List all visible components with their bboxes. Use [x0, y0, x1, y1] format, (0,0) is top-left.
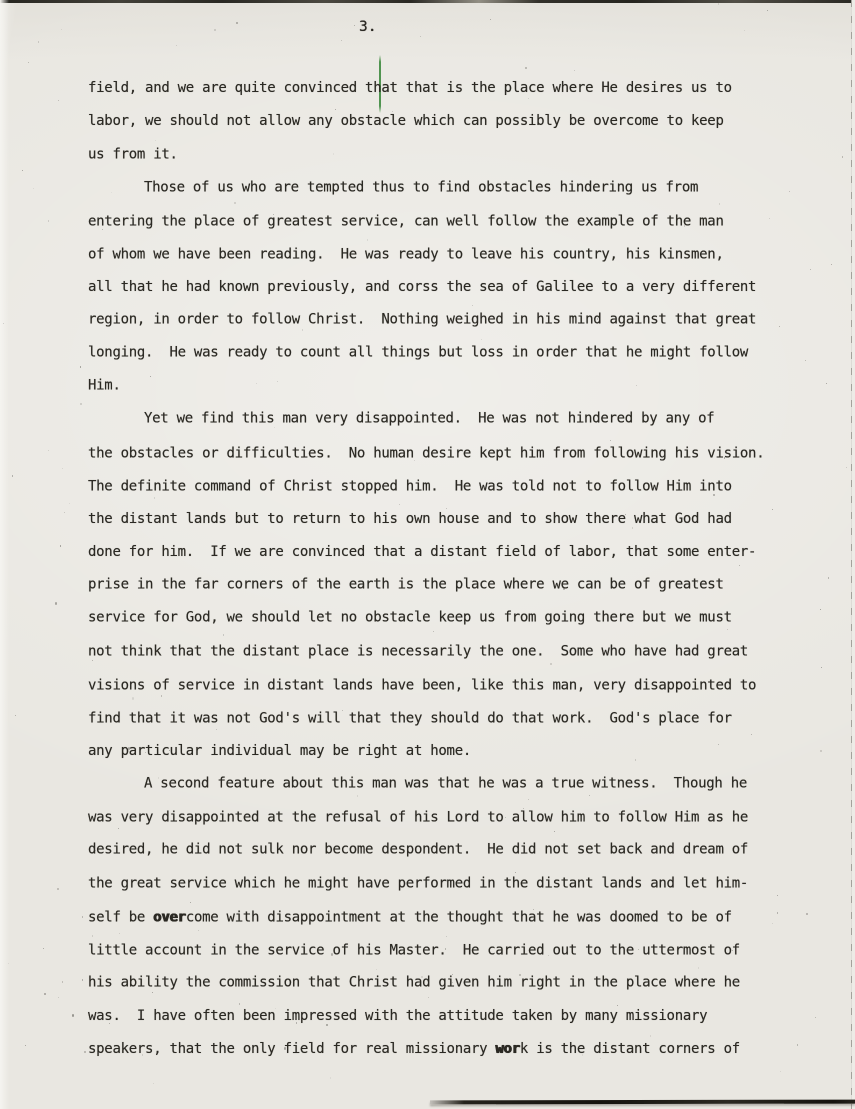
noise-speck	[69, 503, 70, 504]
text-line: was. I have often been impressed with th…	[88, 1000, 812, 1033]
text-line: service for God, we should let no obstac…	[88, 602, 812, 635]
text-line: visions of service in distant lands have…	[88, 669, 812, 702]
noise-speck	[44, 993, 46, 995]
text-segment: was very disappointed at the refusal of …	[88, 810, 748, 826]
text-segment: visions of service in distant lands have…	[88, 677, 756, 693]
text-segment: prise in the far corners of the earth is…	[88, 577, 724, 593]
noise-speck	[420, 36, 421, 37]
noise-speck	[236, 22, 238, 24]
noise-speck	[842, 156, 843, 158]
text-line: A second feature about this man was that…	[88, 768, 812, 801]
text-segment: us from it.	[88, 147, 178, 163]
text-segment: Those of us who are tempted thus to find…	[144, 180, 698, 196]
document-text: field, and we are quite convinced that t…	[88, 72, 812, 1066]
text-segment: the distant lands but to return to his o…	[88, 511, 732, 527]
text-segment: done for him. If we are convinced that a…	[88, 544, 756, 560]
noise-speck	[330, 1077, 331, 1079]
text-segment: entering the place of greatest service, …	[88, 213, 724, 229]
text-segment: service for God, we should let no obstac…	[88, 610, 732, 626]
noise-speck	[82, 979, 83, 981]
text-line: The definite command of Christ stopped h…	[88, 470, 812, 503]
text-segment: longing. He was ready to count all thing…	[88, 344, 748, 360]
text-line: entering the place of greatest service, …	[88, 205, 812, 238]
document-page: { "page": { "number": "3." }, "colors": …	[0, 0, 855, 1109]
noise-speck	[525, 67, 527, 69]
text-segment: the great service which he might have pe…	[88, 876, 748, 892]
noise-speck	[12, 475, 13, 477]
noise-speck	[820, 609, 821, 610]
noise-speck	[72, 1014, 74, 1017]
noise-speck	[80, 366, 81, 368]
noise-speck	[718, 3, 719, 5]
text-line: all that he had known previously, and co…	[88, 271, 812, 304]
text-segment: Him.	[88, 378, 121, 394]
text-line: desired, he did not sulk nor become desp…	[88, 834, 812, 867]
page-number: 3.	[359, 19, 376, 35]
text-segment: The definite command of Christ stopped h…	[88, 478, 732, 494]
text-segment: region, in order to follow Christ. Nothi…	[88, 311, 756, 327]
text-line: any particular individual may be right a…	[88, 735, 812, 768]
text-line: Those of us who are tempted thus to find…	[88, 172, 812, 205]
text-line: field, and we are quite convinced that t…	[88, 72, 812, 105]
noise-speck	[744, 30, 745, 31]
text-segment: A second feature about this man was that…	[144, 776, 747, 792]
text-line: speakers, that the only field for real m…	[88, 1033, 812, 1066]
text-line: prise in the far corners of the earth is…	[88, 569, 812, 602]
text-line: not think that the distant place is nece…	[88, 636, 812, 669]
noise-speck	[48, 220, 49, 222]
text-segment: come with disappointment at the thought …	[186, 909, 732, 925]
text-line: longing. He was ready to count all thing…	[88, 336, 812, 369]
noise-speck	[64, 512, 65, 513]
text-segment: not think that the distant place is nece…	[88, 644, 748, 660]
noise-speck	[43, 948, 44, 949]
noise-speck	[821, 667, 822, 668]
text-segment: self be	[88, 909, 153, 925]
noise-speck	[33, 188, 34, 189]
text-segment: desired, he did not sulk nor become desp…	[88, 842, 748, 858]
text-line: Yet we find this man very disappointed. …	[88, 403, 812, 436]
noise-speck	[826, 383, 827, 384]
text-line: done for him. If we are convinced that a…	[88, 536, 812, 569]
text-line: Him.	[88, 370, 812, 403]
text-segment: Yet we find this man very disappointed. …	[144, 411, 714, 427]
text-segment: little account in the service of his Mas…	[88, 942, 740, 958]
noise-speck	[38, 41, 39, 43]
noise-speck	[25, 1045, 26, 1046]
text-segment: of whom we have been reading. He was rea…	[88, 246, 724, 262]
noise-speck	[57, 888, 59, 890]
noise-speck	[58, 100, 59, 101]
noise-speck	[574, 70, 575, 71]
noise-speck	[153, 1083, 154, 1084]
text-segment: the obstacles or difficulties. No human …	[88, 445, 764, 461]
text-line: self be overcome with disappointment at …	[88, 901, 812, 934]
text-line: us from it.	[88, 139, 812, 172]
text-segment: find that it was not God's will that the…	[88, 710, 732, 726]
noise-speck	[176, 45, 177, 46]
noise-speck	[846, 467, 847, 468]
noise-speck	[82, 916, 83, 918]
noise-speck	[62, 981, 63, 983]
text-line: the distant lands but to return to his o…	[88, 503, 812, 536]
text-line: region, in order to follow Christ. Nothi…	[88, 303, 812, 336]
text-segment: his ability the commission that Christ h…	[88, 974, 740, 990]
noise-speck	[815, 1017, 816, 1018]
noise-speck	[48, 450, 49, 451]
text-line: find that it was not God's will that the…	[88, 702, 812, 735]
text-line: the great service which he might have pe…	[88, 868, 812, 901]
scan-edge-bottom	[430, 1100, 855, 1105]
text-segment: k is the distant corners of	[520, 1041, 740, 1057]
noise-speck	[61, 29, 62, 30]
scan-edge-left	[0, 0, 9, 1109]
noise-speck	[828, 577, 829, 579]
noise-speck	[214, 29, 216, 31]
text-segment: speakers, that the only field for real m…	[88, 1041, 495, 1057]
noise-speck	[831, 264, 832, 265]
text-segment: labor, we should not allow any obstacle …	[88, 113, 724, 129]
overstruck-text: wor	[495, 1041, 519, 1057]
noise-speck	[80, 403, 82, 405]
noise-speck	[767, 10, 768, 11]
text-line: little account in the service of his Mas…	[88, 934, 812, 967]
noise-speck	[58, 997, 59, 998]
noise-speck	[22, 170, 23, 171]
noise-speck	[820, 750, 822, 752]
noise-speck	[62, 468, 63, 469]
scan-edge-right-line	[851, 0, 852, 1109]
text-line: of whom we have been reading. He was rea…	[88, 238, 812, 271]
text-line: labor, we should not allow any obstacle …	[88, 105, 812, 138]
noise-speck	[28, 62, 29, 63]
text-line: his ability the commission that Christ h…	[88, 966, 812, 999]
noise-speck	[354, 25, 355, 26]
text-segment: field, and we are quite convinced that t…	[88, 80, 732, 96]
text-line: was very disappointed at the refusal of …	[88, 802, 812, 835]
noise-speck	[84, 1051, 86, 1053]
text-segment: was. I have often been impressed with th…	[88, 1008, 707, 1024]
noise-speck	[60, 545, 61, 547]
noise-speck	[780, 1071, 781, 1072]
noise-speck	[15, 715, 16, 716]
noise-speck	[55, 602, 57, 605]
scan-edge-top	[0, 0, 855, 3]
noise-speck	[341, 40, 342, 41]
noise-speck	[490, 19, 491, 20]
text-line: the obstacles or difficulties. No human …	[88, 437, 812, 470]
overstruck-text: over	[153, 909, 186, 925]
text-segment: any particular individual may be right a…	[88, 743, 471, 759]
text-segment: all that he had known previously, and co…	[88, 279, 756, 295]
